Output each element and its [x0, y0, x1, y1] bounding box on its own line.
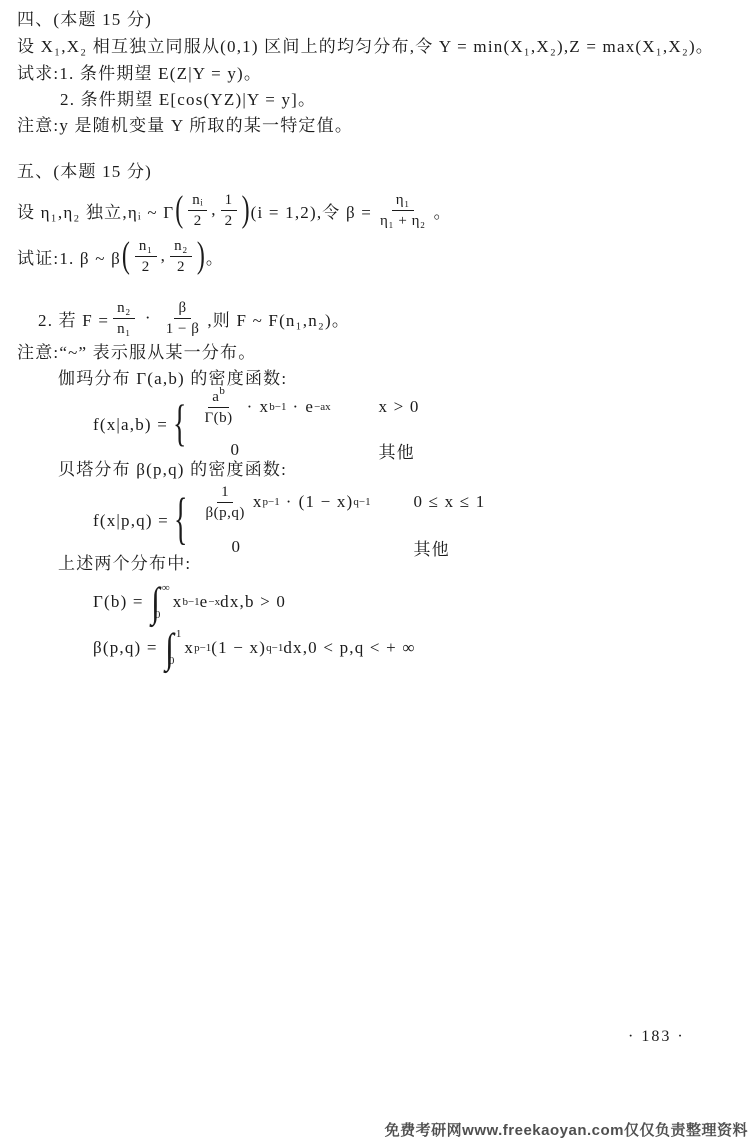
q5-prove-2: 2. 若 F = n₂n₁ · β1 − β ,则 F ~ F(n₁,n₂)。 [38, 296, 350, 340]
beta-density-lhs: f(x|p,q) = [93, 511, 169, 531]
integral-sign-with-limits: ∫ ∞0 [151, 583, 170, 621]
comma: , [211, 200, 216, 220]
gamma-integral-formula: Γ(b) = ∫ ∞0 xb−1 e−x dx,b > 0 [93, 580, 286, 624]
q5-prove1-prefix: 试证:1. β ~ β [17, 244, 121, 269]
q4-ask-1: 试求:1. 条件期望 E(Z|Y = y)。 [17, 62, 262, 86]
integral-icon: ∫ [151, 582, 160, 622]
q5-heading: 五、(本题 15 分) [17, 160, 152, 184]
q5-prove2-suffix: ,则 F ~ F(n₁,n₂)。 [207, 306, 350, 331]
right-paren: ) [197, 237, 205, 274]
fraction-ab-over-gamma-b: abΓ(b) [200, 388, 236, 427]
footer-watermark: 免费考研网www.freekaoyan.com仅仅负责整理资料 [385, 1119, 748, 1140]
beta-intro: 贝塔分布 β(p,q) 的密度函数: [58, 458, 287, 482]
q5-tilde-note: 注意:“~” 表示服从某一分布。 [17, 341, 256, 365]
left-paren: ( [122, 237, 130, 274]
gamma-density-formula: f(x|a,b) = { abΓ(b) · xb−1 · e−ax x > 0 … [93, 392, 420, 458]
left-paren: ( [175, 191, 183, 228]
middle-dot: · [292, 397, 299, 417]
scanned-exam-page: 四、(本题 15 分) 设 X₁,X₂ 相互独立同服从(0,1) 区间上的均匀分… [0, 0, 750, 1147]
zero-value: 0 [230, 440, 240, 460]
integral-sign-with-limits: ∫ 10 [165, 629, 181, 667]
beta-condition-1: 0 ≤ x ≤ 1 [413, 492, 485, 512]
gamma-density-cases: abΓ(b) · xb−1 · e−ax x > 0 0 其他 [196, 388, 419, 463]
fraction-eta1-over-sum: η₁η₁ + η₂ [376, 191, 430, 230]
q5-prove1-end: 。 [206, 244, 224, 269]
both-distributions-note: 上述两个分布中: [58, 552, 191, 576]
fraction-1-over-2: 12 [221, 191, 237, 230]
gamma-integral-tail: dx,b > 0 [220, 592, 286, 612]
integral-icon: ∫ [165, 628, 174, 668]
q5-prove-1: 试证:1. β ~ β ( n₁2 , n₂2 ) 。 [17, 232, 224, 280]
q5-setup-prefix: 设 η₁,η₂ 独立,ηᵢ ~ Γ [17, 198, 174, 223]
beta-integral-formula: β(p,q) = ∫ 10 xp−1 (1 − x)q−1 dx,0 < p,q… [93, 626, 416, 670]
gamma-condition-2: 其他 [378, 438, 414, 463]
q4-ask-2: 2. 条件期望 E[cos(YZ)|Y = y]。 [60, 88, 316, 112]
beta-case-2: 0 其他 [197, 535, 485, 560]
middle-dot: · [247, 397, 254, 417]
q5-setup-end: 。 [434, 198, 452, 223]
gamma-condition-1: x > 0 [378, 397, 419, 417]
right-paren: ) [242, 191, 250, 228]
middle-dot: · [145, 308, 152, 328]
q5-setup-mid: (i = 1,2),令 β = [251, 198, 372, 223]
beta-integral-lhs: β(p,q) = [93, 638, 163, 658]
upper-limit: 1 [176, 629, 182, 640]
cases-brace: { [174, 492, 187, 549]
fraction-n2-over-2: n₂2 [170, 237, 192, 276]
beta-density-cases: 1β(p,q) xp−1 · (1 − x)q−1 0 ≤ x ≤ 1 0 其他 [197, 483, 485, 560]
fraction-n2-over-n1: n₂n₁ [113, 299, 135, 338]
q4-note: 注意:y 是随机变量 Y 所取的某一特定值。 [17, 114, 353, 138]
page-number: · 183 · [628, 1028, 685, 1046]
beta-condition-2: 其他 [413, 535, 449, 560]
q5-setup-formula: 设 η₁,η₂ 独立,ηᵢ ~ Γ ( nᵢ2 , 12 ) (i = 1,2)… [17, 185, 452, 235]
zero-value: 0 [231, 537, 241, 557]
middle-dot: · [286, 492, 293, 512]
gamma-case-1: abΓ(b) · xb−1 · e−ax x > 0 [196, 388, 419, 427]
gamma-integral-lhs: Γ(b) = [93, 592, 149, 612]
beta-density-formula: f(x|p,q) = { 1β(p,q) xp−1 · (1 − x)q−1 0… [93, 484, 485, 558]
fraction-1-over-beta-pq: 1β(p,q) [201, 483, 248, 522]
q4-setup-text: 设 X₁,X₂ 相互独立同服从(0,1) 区间上的均匀分布,令 Y = min(… [17, 35, 714, 59]
cases-brace: { [173, 400, 186, 450]
fraction-ni-over-2: nᵢ2 [188, 191, 207, 230]
q5-prove2-prefix: 2. 若 F = [38, 306, 109, 331]
gamma-density-lhs: f(x|a,b) = [93, 415, 168, 435]
beta-case-1: 1β(p,q) xp−1 · (1 − x)q−1 0 ≤ x ≤ 1 [197, 483, 485, 522]
upper-limit: ∞ [162, 583, 170, 594]
beta-integral-tail: dx,0 < p,q < + ∞ [283, 638, 415, 658]
fraction-n1-over-2: n₁2 [135, 237, 157, 276]
fraction-beta-over-1-minus-beta: β1 − β [162, 299, 204, 338]
q4-heading: 四、(本题 15 分) [17, 8, 152, 32]
comma: , [161, 246, 166, 266]
